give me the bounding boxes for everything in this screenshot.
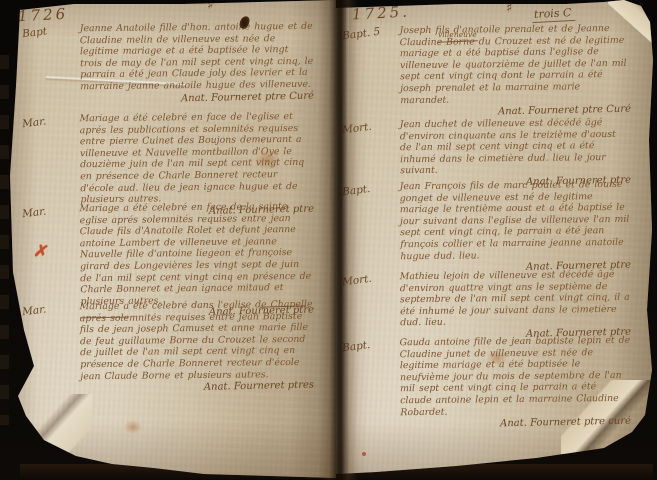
foxing-stain <box>124 420 142 434</box>
entry-text: Mathieu lejoin de villeneuve est décédé … <box>400 269 632 329</box>
entry-type-label: Mort. <box>341 118 396 136</box>
register-entry: Mort. Jean duchet de villeneuve est décé… <box>342 118 631 188</box>
entry-type-label: Mar. <box>21 112 76 130</box>
left-page: 1726 ♯ ✗ Bapt Jeanne Anatoile fille d'ho… <box>4 0 336 478</box>
folio-tally-mark: ♯ <box>207 0 213 13</box>
entry-text: Mariage a été celebré en face de l'eglis… <box>80 111 315 206</box>
entry-text: Jeanne Anatoile fille d'hon. antoine hug… <box>80 21 315 93</box>
entry-type-label: Mar. <box>21 300 76 318</box>
entry-text: Mariage a été celebré dans l'eglise de C… <box>80 299 315 383</box>
manuscript-scan: 1726 ♯ ✗ Bapt Jeanne Anatoile fille d'ho… <box>0 0 657 480</box>
folio-tally-mark: ♯ <box>506 1 512 16</box>
register-entry: Bapt. 5 villeneuve Joseph fils d'anatoil… <box>342 24 631 117</box>
entry-text: Gauda antoine fille de jean baptiste lep… <box>400 335 632 419</box>
entry-type-label: Mar. <box>21 202 76 220</box>
entry-type-label: Mort. <box>341 270 396 288</box>
register-entry: Bapt. Jean François fils de marc poulet … <box>342 180 631 273</box>
entry-type-label: Bapt. <box>341 336 396 354</box>
red-speck <box>362 452 366 456</box>
register-entry: Bapt. Gauda antoine fille de jean baptis… <box>342 336 631 429</box>
priest-signature: Anat. Fourneret ptres <box>80 380 314 396</box>
right-page: 1725. ♯ trois C Bapt. 5 villeneuve Josep… <box>336 0 657 480</box>
underlying-page-edges <box>0 55 9 425</box>
entry-text: Jean duchet de villeneuve est décédé âgé… <box>400 117 632 177</box>
entry-type-label: Bapt. 5 <box>341 24 396 42</box>
entry-text: Mariage a été celebré en face de la sain… <box>79 201 314 308</box>
entry-type-label: Bapt. <box>341 180 396 198</box>
interline-correction: villeneuve <box>438 30 477 39</box>
entry-type-label: Bapt <box>21 22 76 40</box>
priest-signature: Anat. Fourneret ptre Curé <box>80 90 314 106</box>
register-entry: Bapt Jeanne Anatoile fille d'hon. antoin… <box>22 22 314 104</box>
torn-bottom-left-corner <box>12 394 92 464</box>
entry-text: Jean François fils de marc poulet et de … <box>400 179 632 263</box>
corner-annotation: trois C <box>532 6 576 23</box>
register-entry: Mort. Mathieu lejoin de villeneuve est d… <box>342 270 631 340</box>
entry-text: Joseph fils d'anatoile prenalet et de Je… <box>400 23 632 107</box>
year-heading-right: 1725. <box>352 2 411 23</box>
register-entry: Mar. Mariage a été celebré dans l'eglise… <box>22 300 314 393</box>
